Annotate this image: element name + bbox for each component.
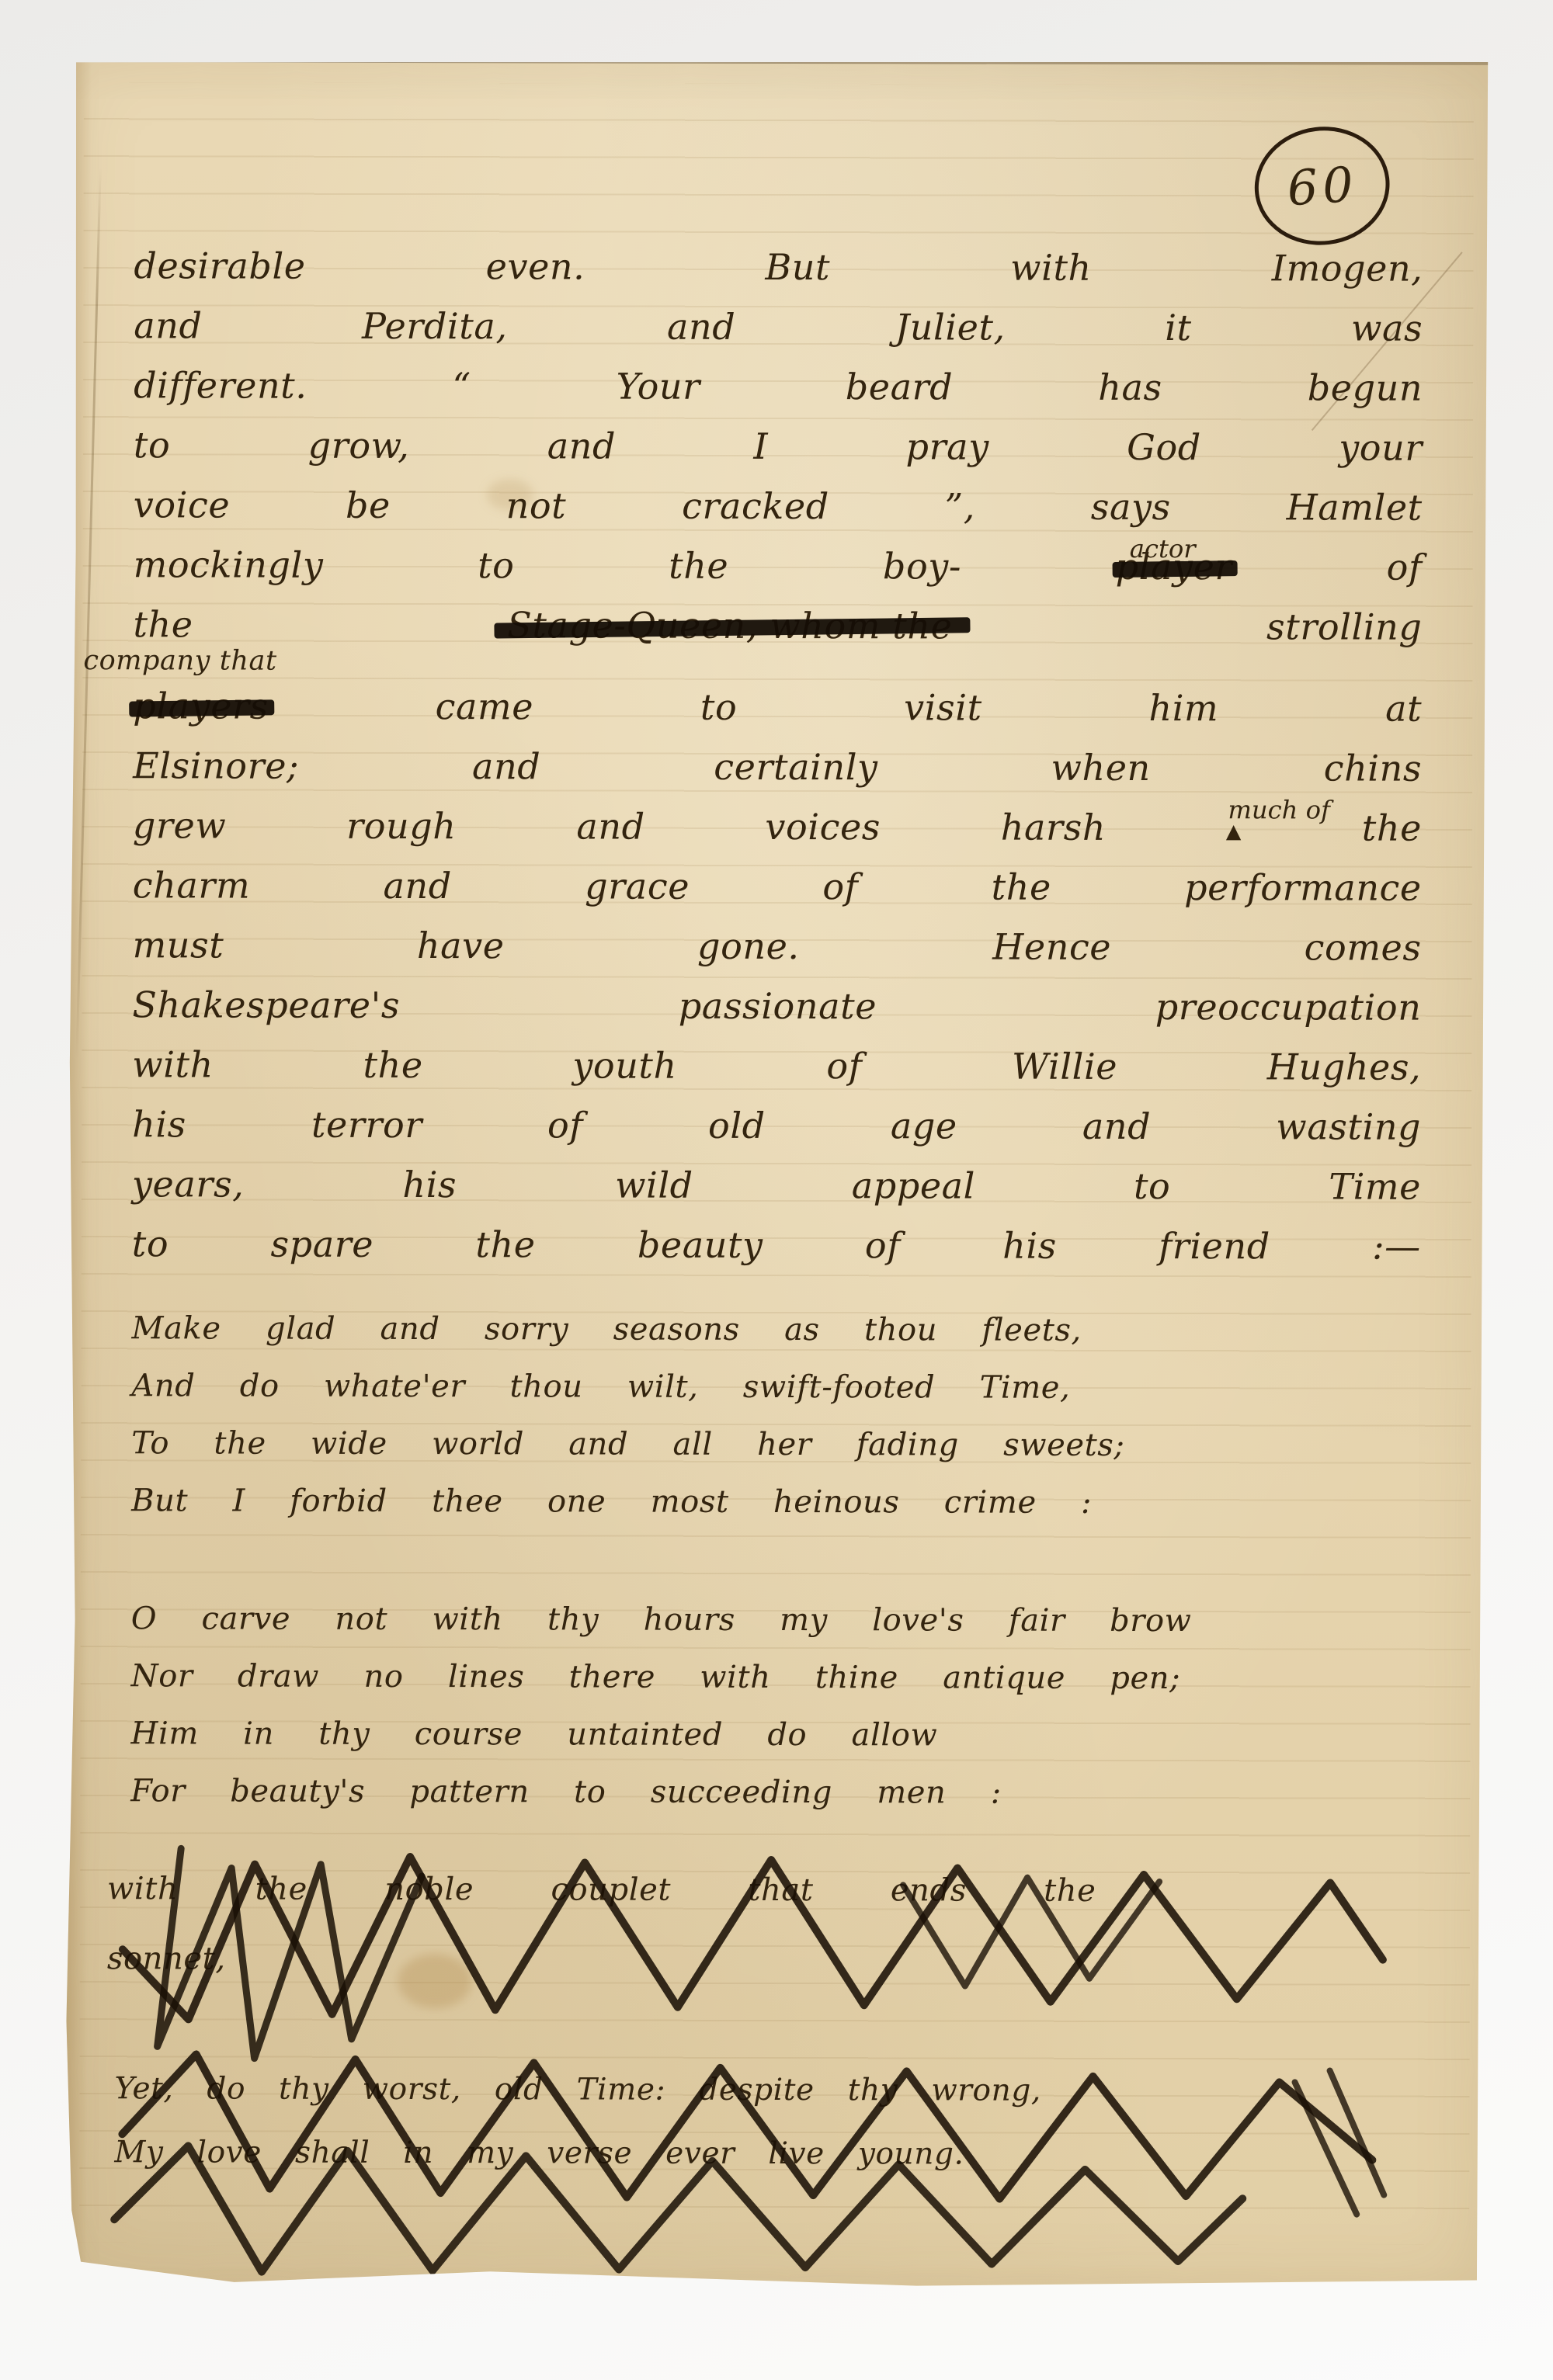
page-number: 60	[1285, 155, 1360, 217]
line-text: grew rough and voices harsh	[133, 804, 1106, 848]
interlinear-insertion: actor	[1130, 519, 1196, 579]
line-text: strolling	[1266, 605, 1423, 647]
sonnet-line: Nor draw no lines there with thine antiq…	[131, 1647, 1444, 1708]
manuscript-line-with-correction: players came to visit him at	[133, 676, 1422, 738]
scan-background: 60 desirable even. But with Imogen, and …	[0, 0, 1553, 2380]
deleted-line: Yet, do thy worst, old Time: despite thy…	[114, 2057, 1450, 2124]
line-text: the	[133, 603, 193, 645]
manuscript-line-with-correction: grew rough and voices harsh much of▲ the	[133, 796, 1422, 858]
deleted-couplet: Yet, do thy worst, old Time: despite thy…	[114, 2057, 1450, 2187]
sonnet-quatrain-1: Make glad and sorry seasons as thou flee…	[131, 1299, 1444, 1532]
line-text: mockingly to the boy-	[134, 543, 961, 587]
manuscript-line: with the youth of Willie Hughes,	[132, 1035, 1421, 1097]
manuscript-line: desirable even. But with Imogen,	[134, 236, 1423, 298]
sonnet-line: To the wide world and all her fading swe…	[131, 1414, 1444, 1475]
manuscript-line: his terror of old age and wasting	[132, 1095, 1421, 1157]
manuscript-paper: 60 desirable even. But with Imogen, and …	[64, 59, 1489, 2292]
manuscript-line: voice be not cracked ”, says Hamlet	[134, 475, 1423, 537]
manuscript-line: and Perdita, and Juliet, it was	[134, 296, 1423, 358]
struck-text: Stage-Queen, whom the	[507, 595, 952, 656]
struck-text: playeractor	[1116, 537, 1233, 597]
manuscript-line-with-correction: mockingly to the boy- playeractor of	[134, 535, 1423, 597]
sonnet-quatrain-2: O carve not with thy hours my love's fai…	[130, 1590, 1444, 1823]
struck-text: players	[133, 676, 269, 736]
line-text: of	[1387, 546, 1423, 588]
manuscript-line: different. “ Your beard has begun	[134, 356, 1423, 418]
sonnet-line: For beauty's pattern to succeeding men :	[130, 1762, 1443, 1823]
caret-insertion: much of▲	[1226, 798, 1242, 863]
deleted-line: My love shall in my verse ever live youn…	[114, 2121, 1450, 2187]
line-text: came to visit him at	[436, 685, 1423, 730]
sonnet-line: Make glad and sorry seasons as thou flee…	[132, 1299, 1444, 1360]
sonnet-line: But I forbid thee one most heinous crime…	[131, 1472, 1444, 1532]
page-number-circle: 60	[1248, 120, 1396, 253]
manuscript-line: to grow, and I pray God your	[134, 415, 1423, 477]
manuscript-line: must have gone. Hence comes	[133, 915, 1422, 977]
sonnet-line: O carve not with thy hours my love's fai…	[131, 1590, 1444, 1650]
manuscript-line: Shakespeare's passionate preoccupation	[132, 975, 1421, 1037]
deleted-intro-lines: with the noble couplet that ends the son…	[107, 1854, 1427, 1997]
manuscript-line: to spare the beauty of his friend :—	[132, 1214, 1421, 1276]
deleted-line: sonnet,	[107, 1924, 1427, 1997]
line-text: the	[1362, 807, 1422, 849]
manuscript-line: years, his wild appeal to Time	[132, 1154, 1421, 1216]
deleted-line: with the noble couplet that ends the	[107, 1854, 1427, 1927]
manuscript-line: charm and grace of the performance	[133, 855, 1422, 918]
main-paragraph: desirable even. But with Imogen, and Per…	[132, 236, 1423, 1276]
caret-icon: ▲	[1226, 821, 1242, 843]
interlinear-insertion: much of	[1228, 781, 1330, 841]
sonnet-line: And do whate'er thou wilt, swift-footed …	[131, 1357, 1444, 1417]
manuscript-line-with-correction: the Stage-Queen, whom the strolling	[133, 595, 1422, 657]
sonnet-line: Him in thy course untainted do allow	[130, 1705, 1443, 1765]
worn-left-edge	[64, 59, 92, 2288]
